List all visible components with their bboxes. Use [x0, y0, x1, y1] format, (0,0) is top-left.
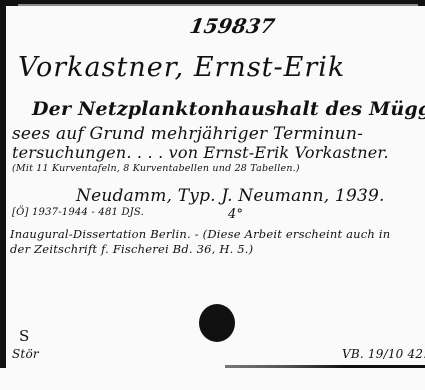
illustrations-note: (Mit 11 Kurventafeln, 8 Kurventabellen u…	[12, 163, 300, 174]
accession-number: 159837	[188, 14, 277, 38]
shelfmark: [Ö] 1937-1944 - 481 DJS.	[12, 207, 144, 218]
card-scan: 159837 Vorkastner, Ernst-Erik Der Netzpl…	[0, 0, 425, 390]
dissertation-note-line-1: Inaugural-Dissertation Berlin. - (Diese …	[10, 227, 390, 241]
punch-hole	[199, 304, 235, 342]
format-note: 4°	[228, 207, 243, 222]
imprint: Neudamm, Typ. J. Neumann, 1939.	[76, 186, 385, 206]
title-line-3: tersuchungen. . . . von Ernst-Erik Vorka…	[12, 143, 389, 162]
location-mark: S	[19, 327, 29, 345]
title-line-2: sees auf Grund mehrjähriger Terminun-	[12, 124, 363, 144]
date-mark: VB. 19/10 42.	[342, 347, 425, 361]
author-heading: Vorkastner, Ernst-Erik	[18, 52, 345, 83]
title-line-1: Der Netzplanktonhaushalt des Müggel-	[32, 98, 425, 120]
card-bottom-edge	[225, 365, 425, 368]
cataloger-initials: Stör	[12, 347, 39, 361]
dissertation-note-line-2: der Zeitschrift f. Fischerei Bd. 36, H. …	[10, 242, 253, 256]
